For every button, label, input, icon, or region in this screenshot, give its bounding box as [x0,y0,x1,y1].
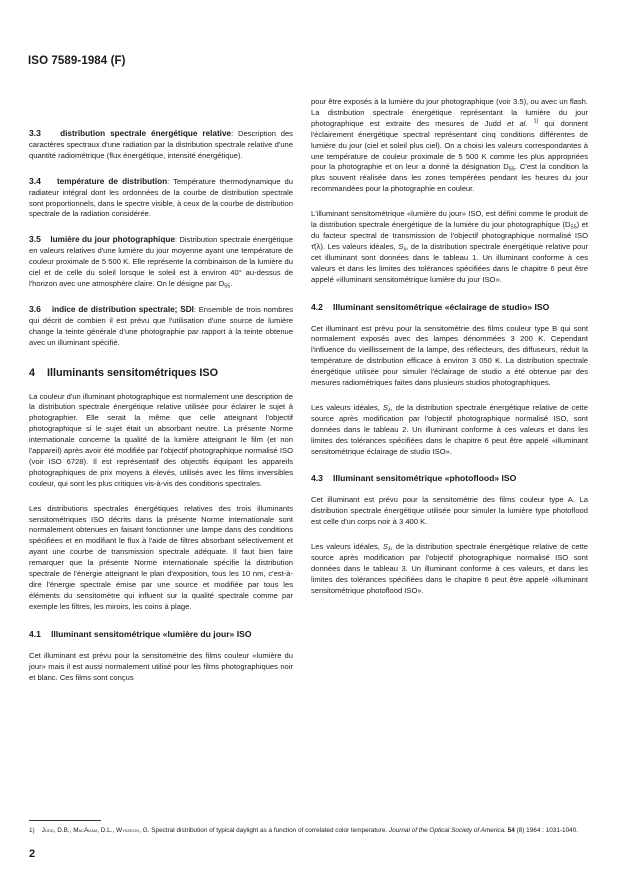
section-number: 3.6 [29,304,41,314]
section-number: 4 [29,367,35,379]
section-number: 4.2 [311,302,323,312]
paragraph: Les valeurs idéales, Sλ, de la distribut… [311,542,588,597]
section-4-1-heading: 4.1Illuminant sensitométrique «lumière d… [29,629,293,640]
definition-3-5: 3.5 lumière du jour photographique: Dist… [29,234,293,290]
footnote-marker: 1) [29,827,35,834]
term: indice de distribution spectrale; SDI [52,305,194,314]
definition-3-4: 3.4 température de distribution: Tempéra… [29,176,293,221]
footnote-authors: Judd, D.B., MacAdam, D.L., Wyszecki, G. [42,827,150,834]
text-run: Les valeurs idéales, [311,542,383,551]
text-run: L'illuminant sensitométrique «lumière du… [311,209,588,229]
left-column: 3.3 distribution spectrale énergétique r… [29,128,293,697]
section-number: 3.4 [29,176,41,186]
footnote-journal: Journal of the Optical Society of Americ… [389,827,506,834]
footnote-rest: (8) 1964 : 1031-1040. [515,827,578,834]
paragraph: La couleur d'un illuminant photographiqu… [29,392,293,490]
section-4-2-heading: 4.2Illuminant sensitométrique «éclairage… [311,302,588,313]
section-title: Illuminant sensitométrique «photoflood» … [333,473,516,483]
paragraph: Les distributions spectrales énergétique… [29,504,293,613]
footnote-divider [29,820,101,821]
section-number: 4.1 [29,629,41,639]
section-number: 4.3 [311,473,323,483]
punctuation: . [230,279,232,288]
text-run-italic: et al. [507,119,527,128]
section-number: 3.3 [29,128,41,138]
paragraph: Cet illuminant est prévu pour la sensito… [29,651,293,684]
paragraph: pour être exposés à la lumière du jour p… [311,97,588,195]
definition-3-6: 3.6 indice de distribution spectrale; SD… [29,304,293,349]
document-header: ISO 7589-1984 (F) [28,55,126,67]
paragraph: L'illuminant sensitométrique «lumière du… [311,209,588,285]
term: distribution spectrale énergétique relat… [60,129,231,138]
footnote: 1) Judd, D.B., MacAdam, D.L., Wyszecki, … [29,826,589,835]
paragraph: Cet illuminant est prévu pour la sensito… [311,324,588,389]
text-run: Les valeurs idéales, [311,403,383,412]
paragraph: Cet illuminant est prévu pour la sensito… [311,495,588,528]
term: température de distribution [57,177,167,186]
section-4-3-heading: 4.3Illuminant sensitométrique «photofloo… [311,473,588,484]
section-number: 3.5 [29,234,41,244]
page-number: 2 [29,848,35,860]
term: lumière du jour photographique [50,235,174,244]
section-title: Illuminant sensitométrique «éclairage de… [333,302,549,312]
section-title: Illuminant sensitométrique «lumière du j… [51,629,252,639]
definition-3-3: 3.3 distribution spectrale énergétique r… [29,128,293,162]
right-column: pour être exposés à la lumière du jour p… [311,97,588,611]
footnote-title: Spectral distribution of typical dayligh… [150,827,389,834]
paragraph: Les valeurs idéales, Sλ, de la distribut… [311,403,588,458]
section-4-heading: 4Illuminants sensitométriques ISO [29,367,293,380]
footnote-volume: 54 [506,827,515,834]
section-title: Illuminants sensitométriques ISO [47,367,218,379]
